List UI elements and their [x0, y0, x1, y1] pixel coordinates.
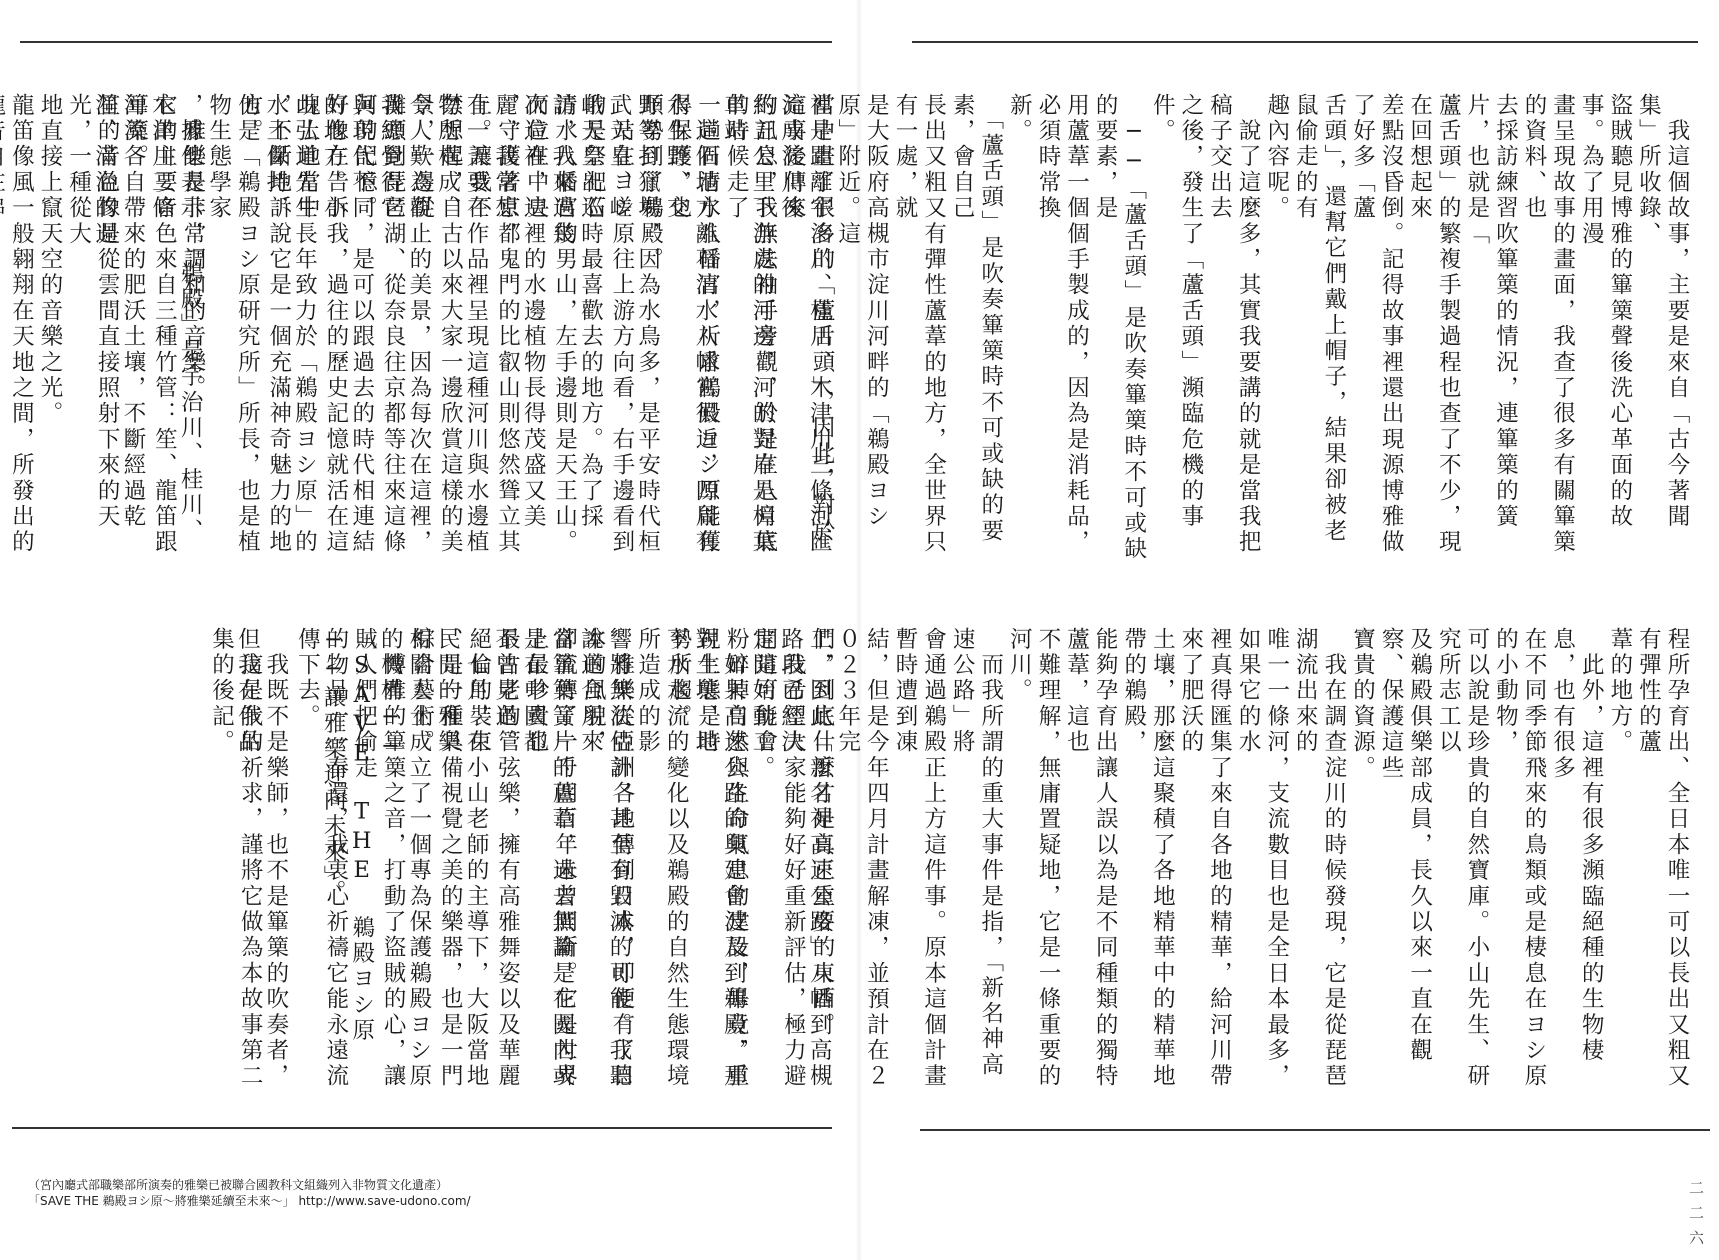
text-column: 如果高速公路的興建會波及到鵜殿，那對土壤、地 — [690, 627, 747, 1097]
page-number: 二二六 — [1686, 1180, 1707, 1255]
text-column: 次這裡，這裡的水邊植物長得茂盛又美麗，我常想， — [490, 93, 547, 563]
text-column: 新。 — [1005, 93, 1034, 563]
text-column: 在不同季節飛來的鳥類或是棲息在ヨシ原的小動物， — [1491, 627, 1548, 1097]
text-column: 是大阪府高槻市淀川河畔的「鵜殿ヨシ原」附近。這 — [833, 93, 890, 563]
text-column: ，據他表示，「鵜殿」是宇治川、桂川、木津川三條 — [147, 93, 204, 563]
text-column: 山弘道先生長年致力於「鵜殿ヨシ原」的水土保持， — [261, 93, 318, 563]
text-column: 長出又粗又有彈性蘆葦的地方，全世界只有一處，就 — [890, 93, 947, 563]
right-lower-text-block: 程所孕育出、全日本唯一可以長出又粗又有彈性的蘆葦的地方。 此外，這裡有很多瀕臨絕… — [233, 627, 1691, 1097]
text-column: 野等打獵場，因為水鳥多，是平安時代桓武天皇、嵯 — [604, 93, 661, 563]
text-column: 約五公里下游處的河邊，河的對岸是樟葉車站。 — [719, 93, 776, 563]
text-column: 「SAVE THE 鵜殿ヨシ原──讓雅樂迎向未來」。 — [319, 627, 376, 1097]
right-upper-text-block: 我這個故事，主要是來自「古今著聞集」所收錄、盜賊聽見博雅的篳篥聲後洗心革面的故事… — [90, 93, 1691, 563]
text-column: 及鵜殿俱樂部成員，長久以來一直在觀察、保護這些 — [1376, 627, 1433, 1097]
text-column: 我這個故事，主要是來自「古今著聞集」所收錄、 — [1634, 93, 1691, 563]
text-column: 他是「鵜殿ヨシ原研究所」所長，也是植物生態學家 — [204, 93, 261, 563]
text-column: 與現代不同，是可以跟過去的時代相連結的地方。小 — [319, 93, 376, 563]
text-column: 下水水流的變化以及鵜殿的自然生態環境所造成的影 — [633, 627, 690, 1097]
text-column — [290, 627, 319, 1097]
text-column: 這個地方離石清水八幡宮很近，四周有水生野、交 — [662, 93, 719, 563]
text-column: 裡是距離宇治川、桂川、木津川三條河匯流成淀川後 — [776, 93, 833, 563]
text-column: 程所孕育出、全日本唯一可以長出又粗又有彈性的蘆 — [1634, 627, 1691, 1097]
text-column: 工，因此「新名神高速公路」八幡到高槻路段已經決 — [776, 627, 833, 1097]
text-column: 我既不是樂師，也不是篳篥的吹奏者，但我在作品 — [233, 627, 290, 1097]
text-column: 當篳篥簧片的蘆葦，過去無論是在國內或是在中國都 — [519, 627, 576, 1097]
text-column: 舌頭」，還幫它們戴上帽子，結果卻被老鼠偷走的有 — [1291, 93, 1348, 563]
text-column: 有一天要在作品裡呈現這種河川與水邊植物所構成、 — [433, 93, 490, 563]
text-column: 峨天皇出巡時最喜歡去的地方。為了採訪，我來過幾 — [547, 93, 604, 563]
bottom-rule-right — [920, 1129, 1710, 1131]
text-column: 趣內容呢。 — [1262, 93, 1291, 563]
text-column: 蘆舌頭」的繁複手製過程也查了不少，現在回想起來 — [1405, 93, 1462, 563]
text-column: 說了這麼多，其實我要講的就是當我把稿子交出去 — [1205, 93, 1262, 563]
text-column: 裡真得匯集了來自各地的精華，給河川帶來了肥沃的 — [1176, 627, 1233, 1097]
footer-notes: （宮內廳式部職樂部所演奏的雅樂已被聯合國教科文組織列入非物質文化遺產） 「SAV… — [28, 1177, 471, 1209]
text-column: 定開始動工。 — [747, 627, 776, 1097]
text-column: 唯一一條河，支流數目也是全日本最多，如果它的水 — [1234, 627, 1291, 1097]
text-column: 結，但是今年四月計畫解凍，並預計在２０２３年完 — [833, 627, 890, 1097]
text-column: 葦的地方。 — [1605, 627, 1634, 1097]
text-column: 土壤，那麼這聚積了各地精華中的精華地帶的鵜殿， — [1119, 627, 1176, 1097]
text-column: 七月，在小山老師的主導下，大阪當地民間的雅樂 — [433, 627, 490, 1097]
text-column: 相關人士成立了一個專為保護鵜殿ヨシ原的機構── — [376, 627, 433, 1097]
text-column: 不難理解，無庸置疑地，它是一條重要的河川。 — [1005, 627, 1062, 1097]
top-rule-right — [912, 41, 1698, 43]
text-column: ──「蘆舌頭」是吹奏篳篥時不可或缺的要素，是 — [1091, 93, 1148, 563]
text-column: 此外，這裡有很多瀕臨絕種的生物棲息，也有很多 — [1548, 627, 1605, 1097]
top-rule-left — [20, 41, 832, 43]
text-column: 可以說是珍貴的自然寶庫。小山先生、研究所志工以 — [1434, 627, 1491, 1097]
right-page: 我這個故事，主要是來自「古今著聞集」所收錄、盜賊聽見博雅的篳篥聲後洗心革面的故事… — [860, 0, 1719, 1260]
footer-note-save-udono: 「SAVE THE 鵜殿ヨシ原～將雅樂延續至未來～」 http://www.sa… — [28, 1193, 471, 1209]
text-column: 差點沒昏倒。記得故事裡還出現源博雅做了好多「蘆 — [1348, 93, 1405, 563]
text-column: 寶貴的資源。 — [1348, 627, 1377, 1097]
text-column: 用蘆葦一個個手製成的，因為是消耗品，必須時常換 — [1033, 93, 1090, 563]
text-column: 河流各自帶來的肥沃土壤，不斷經過乾涸、滿溢的過 — [90, 93, 147, 563]
text-column: 會通過鵜殿正上方這件事。原本這個計畫暫時遭到凍 — [890, 627, 947, 1097]
text-column: 令人歎為觀止的美景，因為每次在這裡，我總覺得它 — [376, 93, 433, 563]
text-column: 畫呈現故事的畫面，我查了很多有關篳篥的資料、也 — [1519, 93, 1576, 563]
text-column: 而我所謂的重大事件是指，「新名神高速公路」將 — [948, 627, 1005, 1097]
text-column: 我在調查淀川的時候發現，它是從琵琶湖流出來的 — [1291, 627, 1348, 1097]
bottom-rule-left — [12, 1127, 832, 1129]
text-column: 不曾見過。 — [490, 627, 519, 1097]
text-column: 能夠孕育出讓人誤以為是不同種類的獨特蘆葦，這也 — [1062, 627, 1119, 1097]
text-column: 地直接上竄天空的音樂之光。 — [35, 93, 64, 563]
text-column: 響將無法估計，甚至有毀滅的可能。我聽說適合用來 — [576, 627, 633, 1097]
text-column: 「蘆舌頭」是吹奏篳篥時不可或缺的要素，會自己 — [948, 93, 1005, 563]
text-column: 去採訪練習吹篳篥的情況，連篳篥的簧片，也就是「 — [1462, 93, 1519, 563]
text-column: 龍笛像風一般翱翔在天地之間，所發出的龍音自在串 — [0, 93, 35, 563]
footer-note-unesco: （宮內廳式部職樂部所演奏的雅樂已被聯合國教科文組織列入非物質文化遺產） — [28, 1177, 471, 1193]
text-column: 盜賊聽見博雅的篳篥聲後洗心革面的故事。為了用漫 — [1577, 93, 1634, 563]
text-column: 之後，發生了「蘆舌頭」瀕臨危機的事件。 — [1148, 93, 1205, 563]
